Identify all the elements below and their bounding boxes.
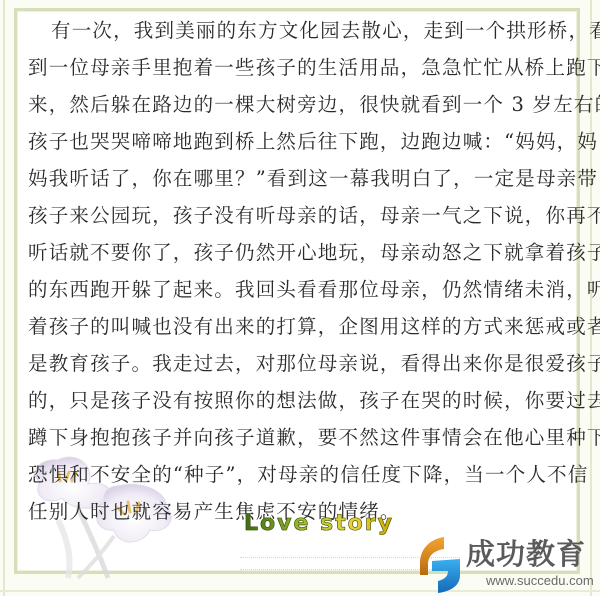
article-line: 的东西跑开躲了起来。我回头看看那位母亲，仍然情绪未消，听	[28, 271, 568, 308]
article-line: 孩子来公园玩，孩子没有听母亲的话，母亲一气之下说，你再不	[28, 197, 568, 234]
brand-name: 成功教育	[466, 537, 586, 571]
brand-url: www.succedu.com	[486, 573, 594, 589]
brand-watermark: 成功教育 www.succedu.com	[418, 535, 598, 595]
outer-border-left	[3, 0, 5, 596]
article-line: 恐惧和不安全的“种子”，对母亲的信任度下降，当一个人不信	[28, 456, 568, 493]
article-line: 妈我听话了，你在哪里？”看到这一幕我明白了，一定是母亲带	[28, 160, 568, 197]
article-line: 的，只是孩子没有按照你的想法做，孩子在哭的时候，你要过去	[28, 382, 568, 419]
article-line: 是教育孩子。我走过去，对那位母亲说，看得出来你是很爱孩子	[28, 345, 568, 382]
article-line: 着孩子的叫喊也没有出来的打算，企图用这样的方式来惩戒或者	[28, 308, 568, 345]
article-line: 蹲下身抱抱孩子并向孩子道歉，要不然这件事情会在他心里种下	[28, 419, 568, 456]
article-line: 孩子也哭哭啼啼地跑到桥上然后往下跑，边跑边喊：“妈妈，妈	[28, 123, 568, 160]
article-line: 听话就不要你了，孩子仍然开心地玩，母亲动怒之下就拿着孩子	[28, 234, 568, 271]
love-story-title: Love story	[244, 511, 394, 536]
article-line: 来，然后躲在路边的一棵大树旁边，很快就看到一个 3 岁左右的	[28, 86, 568, 123]
article-line: 有一次，我到美丽的东方文化园去散心，走到一个拱形桥，看	[28, 12, 568, 49]
brand-logo-icon	[418, 535, 462, 593]
article-line: 到一位母亲手里抱着一些孩子的生活用品，急急忙忙从桥上跑下	[28, 49, 568, 86]
article-body: 有一次，我到美丽的东方文化园去散心，走到一个拱形桥，看 到一位母亲手里抱着一些孩…	[28, 12, 568, 530]
